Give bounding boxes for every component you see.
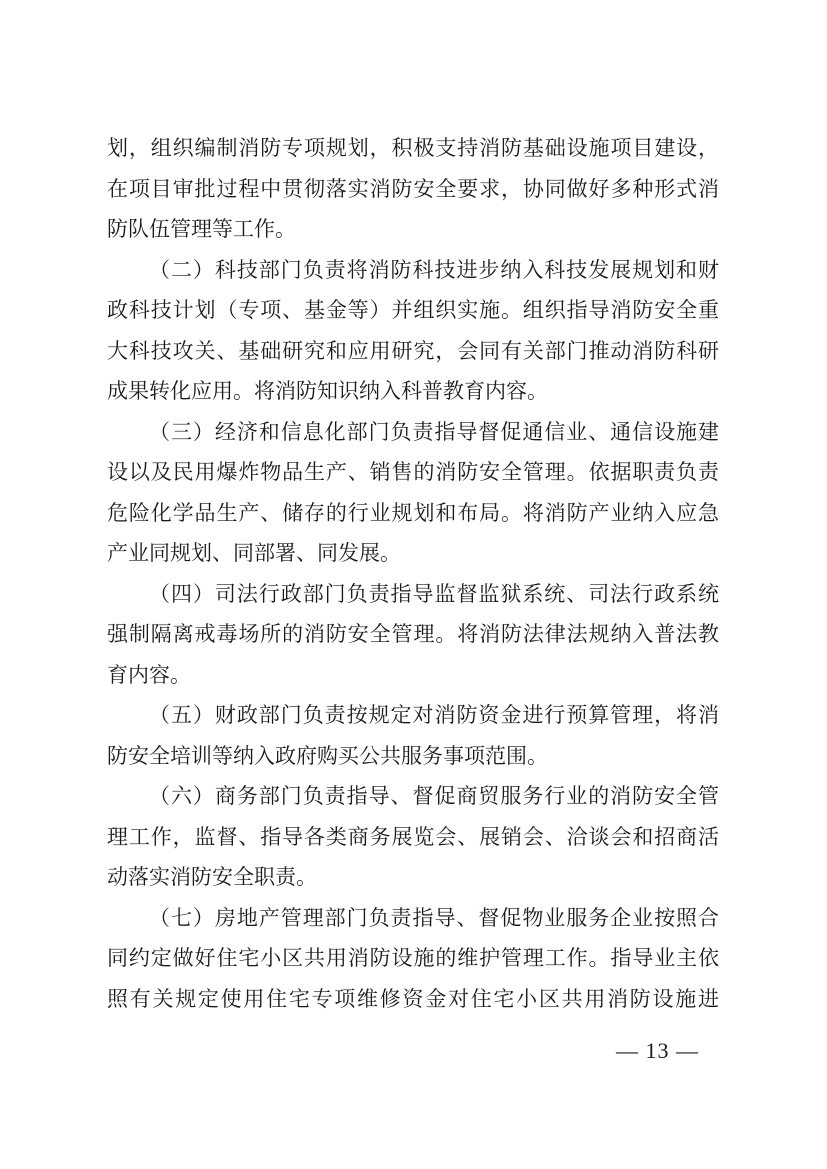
text-line: 政科技计划（专项、基金等）并组织实施。组织指导消防安全重 [107,290,719,331]
text-line: 照有关规定使用住宅专项维修资金对住宅小区共用消防设施进 [107,979,719,1020]
page-number: — 13 — [616,1038,699,1064]
paragraph-start-line: （三）经济和信息化部门负责指导督促通信业、通信设施建 [107,412,719,453]
text-line: 产业同规划、同部署、同发展。 [107,533,719,574]
paragraph-start-line: （六）商务部门负责指导、督促商贸服务行业的消防安全管 [107,776,719,817]
text-line: 划，组织编制消防专项规划，积极支持消防基础设施项目建设， [107,128,719,169]
text-line: 理工作，监督、指导各类商务展览会、展销会、洽谈会和招商活 [107,817,719,858]
text-line: 动落实消防安全职责。 [107,857,719,898]
paragraph-start-line: （二）科技部门负责将消防科技进步纳入科技发展规划和财 [107,250,719,291]
text-line: 防安全培训等纳入政府购买公共服务事项范围。 [107,736,719,777]
paragraph-start-line: （七）房地产管理部门负责指导、督促物业服务企业按照合 [107,898,719,939]
body-text: 划，组织编制消防专项规划，积极支持消防基础设施项目建设， 在项目审批过程中贯彻落… [107,128,719,1019]
text-line: 强制隔离戒毒场所的消防安全管理。将消防法律法规纳入普法教 [107,614,719,655]
text-line: 育内容。 [107,655,719,696]
document-page: 划，组织编制消防专项规划，积极支持消防基础设施项目建设， 在项目审批过程中贯彻落… [0,0,827,1169]
text-line: 在项目审批过程中贯彻落实消防安全要求，协同做好多种形式消 [107,169,719,210]
text-line: 设以及民用爆炸物品生产、销售的消防安全管理。依据职责负责 [107,452,719,493]
text-line: 成果转化应用。将消防知识纳入科普教育内容。 [107,371,719,412]
text-line: 大科技攻关、基础研究和应用研究，会同有关部门推动消防科研 [107,331,719,372]
paragraph-start-line: （四）司法行政部门负责指导监督监狱系统、司法行政系统 [107,574,719,615]
text-line: 危险化学品生产、储存的行业规划和布局。将消防产业纳入应急 [107,493,719,534]
text-line: 同约定做好住宅小区共用消防设施的维护管理工作。指导业主依 [107,938,719,979]
paragraph-start-line: （五）财政部门负责按规定对消防资金进行预算管理，将消 [107,695,719,736]
text-line: 防队伍管理等工作。 [107,209,719,250]
